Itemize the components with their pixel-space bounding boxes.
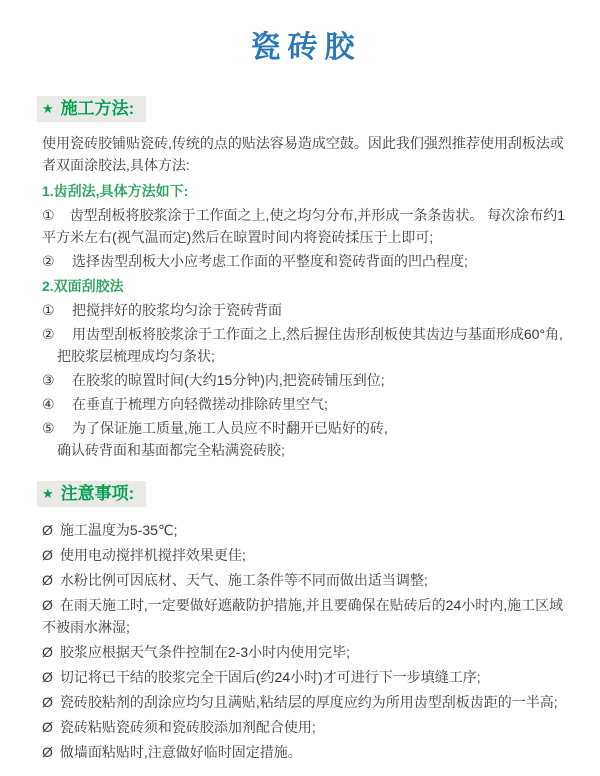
list-item: ①齿型刮板将胶浆涂于工作面之上,使之均匀分布,并形成一条条齿状。 每次涂布约1平…: [42, 204, 570, 248]
list-item-text: 把搅拌好的胶浆均匀涂于瓷砖背面: [72, 302, 282, 318]
bullet-icon: Ø: [42, 522, 53, 538]
note-text: 切记将已干结的胶浆完全干固后(约24小时)才可进行下一步填缝工序;: [60, 669, 481, 685]
circled-number: ④: [42, 393, 72, 415]
note-item: Ø使用电动搅拌机搅拌效果更佳;: [42, 544, 570, 566]
list-item: ⑤ 为了保证施工质量,施工人员应不时翻开已贴好的砖, 确认砖背面和基面都完全粘满…: [42, 417, 570, 461]
precautions-list: Ø施工温度为5-35℃; Ø使用电动搅拌机搅拌效果更佳; Ø水粉比例可因底材、天…: [42, 519, 570, 763]
circled-number: ②: [42, 250, 72, 272]
note-item: Ø施工温度为5-35℃;: [42, 519, 570, 541]
list-item-text: 齿型刮板将胶浆涂于工作面之上,使之均匀分布,并形成一条条齿状。 每次涂布约1平方…: [42, 207, 565, 245]
note-text: 使用电动搅拌机搅拌效果更佳;: [60, 547, 246, 563]
star-icon: ★: [42, 486, 54, 501]
circled-number: ①: [42, 299, 72, 321]
list-item: ① 把搅拌好的胶浆均匀涂于瓷砖背面: [42, 299, 570, 321]
circled-number: ①: [42, 207, 55, 223]
note-item: Ø胶浆应根据天气条件控制在2-3小时内使用完毕;: [42, 641, 570, 663]
subheading-notch-trowel-method: 1.齿刮法,具体方法如下:: [42, 180, 570, 202]
note-text: 施工温度为5-35℃;: [60, 522, 178, 538]
list-item-text-continuation: 确认砖背面和基面都完全粘满瓷砖胶;: [57, 439, 570, 461]
note-text: 做墙面粘贴时,注意做好临时固定措施。: [60, 744, 302, 760]
list-item: ③ 在胶浆的晾置时间(大约15分钟)内,把瓷砖铺压到位;: [42, 369, 570, 391]
section-header-precautions: ★注意事项:: [37, 481, 146, 507]
star-icon: ★: [42, 101, 54, 116]
intro-paragraph: 使用瓷砖胶铺贴瓷砖,传统的点的贴法容易造成空鼓。因此我们强烈推荐使用刮板法或者双…: [42, 132, 570, 176]
list-item: ② 选择齿型刮板大小应考虑工作面的平整度和瓷砖背面的凹凸程度;: [42, 250, 570, 272]
note-item: Ø在雨天施工时,一定要做好遮蔽防护措施,并且要确保在贴砖后的24小时内,施工区域…: [42, 594, 570, 638]
bullet-icon: Ø: [42, 547, 53, 563]
note-text: 瓷砖胶粘剂的刮涂应均匀且满贴,粘结层的厚度应约为所用齿型刮板齿距的一半高;: [60, 694, 558, 710]
list-item: ② 用齿型刮板将胶浆涂于工作面之上,然后握住齿形刮板使其齿边与基面形成60°角,…: [42, 323, 570, 367]
note-item: Ø做墙面粘贴时,注意做好临时固定措施。: [42, 741, 570, 763]
bullet-icon: Ø: [42, 597, 53, 613]
bullet-icon: Ø: [42, 572, 53, 588]
bullet-icon: Ø: [42, 694, 53, 710]
note-text: 在雨天施工时,一定要做好遮蔽防护措施,并且要确保在贴砖后的24小时内,施工区域不…: [42, 597, 563, 635]
list-item-text-continuation: 把胶浆层梳理成均匀条状;: [57, 345, 570, 367]
list-item-text: 选择齿型刮板大小应考虑工作面的平整度和瓷砖背面的凹凸程度;: [72, 253, 468, 269]
note-item: Ø切记将已干结的胶浆完全干固后(约24小时)才可进行下一步填缝工序;: [42, 666, 570, 688]
list-item-text: 在胶浆的晾置时间(大约15分钟)内,把瓷砖铺压到位;: [72, 372, 385, 388]
note-item: Ø瓷砖粘贴瓷砖须和瓷砖胶添加剂配合使用;: [42, 716, 570, 738]
document-page: 瓷砖胶 ★施工方法: 使用瓷砖胶铺贴瓷砖,传统的点的贴法容易造成空鼓。因此我们强…: [0, 0, 600, 776]
note-text: 瓷砖粘贴瓷砖须和瓷砖胶添加剂配合使用;: [60, 719, 316, 735]
note-item: Ø水粉比例可因底材、天气、施工条件等不同而做出适当调整;: [42, 569, 570, 591]
list-item-text: 在垂直于梳理方向轻微搓动排除砖里空气;: [72, 396, 328, 412]
bullet-icon: Ø: [42, 669, 53, 685]
list-item: ④ 在垂直于梳理方向轻微搓动排除砖里空气;: [42, 393, 570, 415]
note-item: Ø瓷砖胶粘剂的刮涂应均匀且满贴,粘结层的厚度应约为所用齿型刮板齿距的一半高;: [42, 691, 570, 713]
note-text: 胶浆应根据天气条件控制在2-3小时内使用完毕;: [60, 644, 350, 660]
list-item-text: 为了保证施工质量,施工人员应不时翻开已贴好的砖,: [72, 420, 388, 436]
bullet-icon: Ø: [42, 719, 53, 735]
section-header-label: 注意事项:: [61, 484, 135, 503]
circled-number: ③: [42, 369, 72, 391]
page-title: 瓷砖胶: [42, 22, 570, 66]
section-header-label: 施工方法:: [61, 99, 135, 118]
subheading-double-side-method: 2.双面刮胶法: [42, 275, 570, 297]
bullet-icon: Ø: [42, 644, 53, 660]
note-text: 水粉比例可因底材、天气、施工条件等不同而做出适当调整;: [60, 572, 428, 588]
section-header-construction-method: ★施工方法:: [37, 96, 146, 122]
list-item-text: 用齿型刮板将胶浆涂于工作面之上,然后握住齿形刮板使其齿边与基面形成60°角,: [72, 326, 563, 342]
bullet-icon: Ø: [42, 744, 53, 760]
